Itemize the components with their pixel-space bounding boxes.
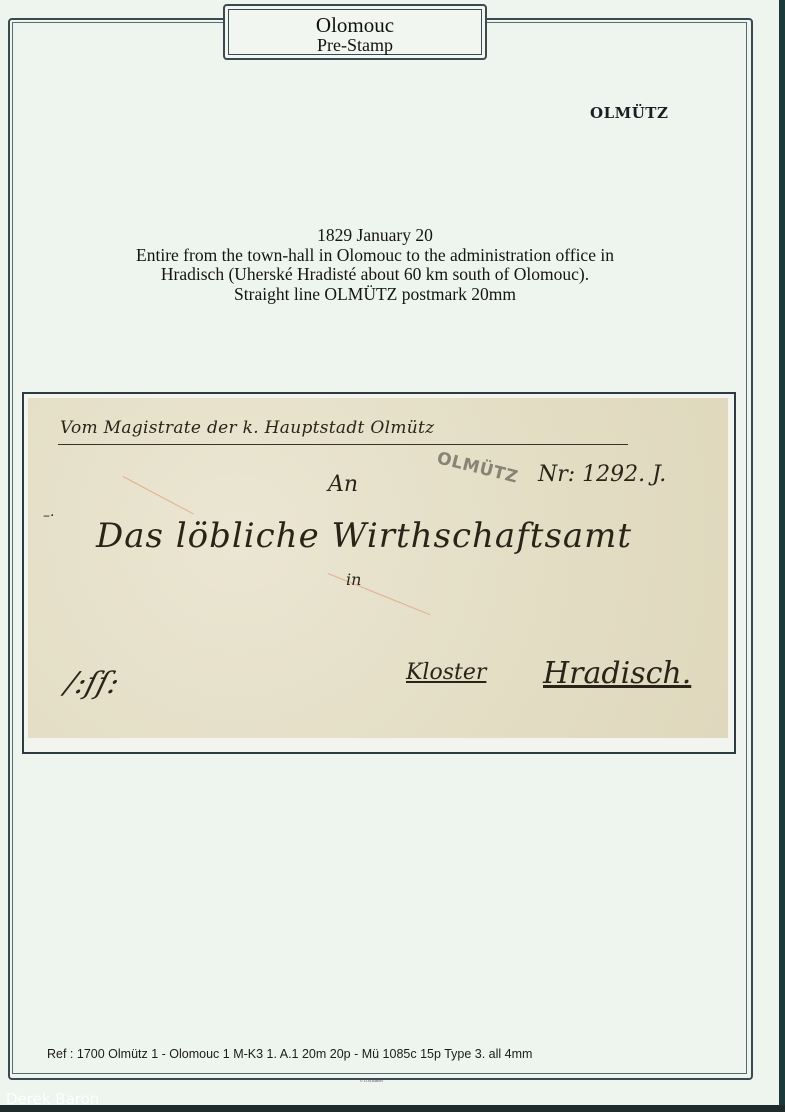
addressee-handwriting: Das löbliche Wirthschaftsamt — [96, 516, 632, 556]
catalogue-reference: Ref : 1700 Olmütz 1 - Olomouc 1 M-K3 1. … — [47, 1047, 532, 1061]
description-line: Straight line OLMÜTZ postmark 20mm — [60, 285, 690, 305]
red-crayon-mark — [328, 573, 430, 615]
town-handwriting: Hradisch. — [543, 656, 691, 691]
description-line: Entire from the town-hall in Olomouc to … — [60, 246, 690, 266]
page-title-box: Olomouc Pre-Stamp — [223, 4, 487, 60]
olmutz-cancel-stamp: OLMÜTZ — [435, 448, 520, 487]
scan-edge-bottom — [0, 1105, 785, 1112]
cover-description: 1829 January 20 Entire from the town-hal… — [60, 226, 690, 304]
an-handwriting: An — [328, 472, 358, 497]
description-line: Hradisch (Uherské Hradisté about 60 km s… — [60, 265, 690, 285]
postal-cover-image: Vom Magistrate der k. Hauptstadt Olmütz … — [28, 398, 728, 738]
underline — [58, 444, 628, 445]
fee-mark-handwriting: /:ſſ: — [61, 666, 123, 701]
sender-handwriting: Vom Magistrate der k. Hauptstadt Olmütz — [60, 418, 434, 438]
red-crayon-mark — [123, 476, 194, 514]
in-handwriting: in — [346, 570, 361, 589]
mark-handwriting: –· — [43, 508, 54, 524]
kloster-handwriting: Kloster — [406, 660, 486, 685]
reference-number-handwriting: Nr: 1292. J. — [538, 462, 666, 487]
copyright-notice: © D.N.Baron — [360, 1078, 383, 1083]
page-title: Olomouc — [229, 14, 481, 36]
postmark-illustration: OLMÜTZ — [590, 104, 668, 122]
scan-edge — [779, 0, 785, 1112]
page-subtitle: Pre-Stamp — [229, 36, 481, 55]
description-date: 1829 January 20 — [60, 226, 690, 246]
